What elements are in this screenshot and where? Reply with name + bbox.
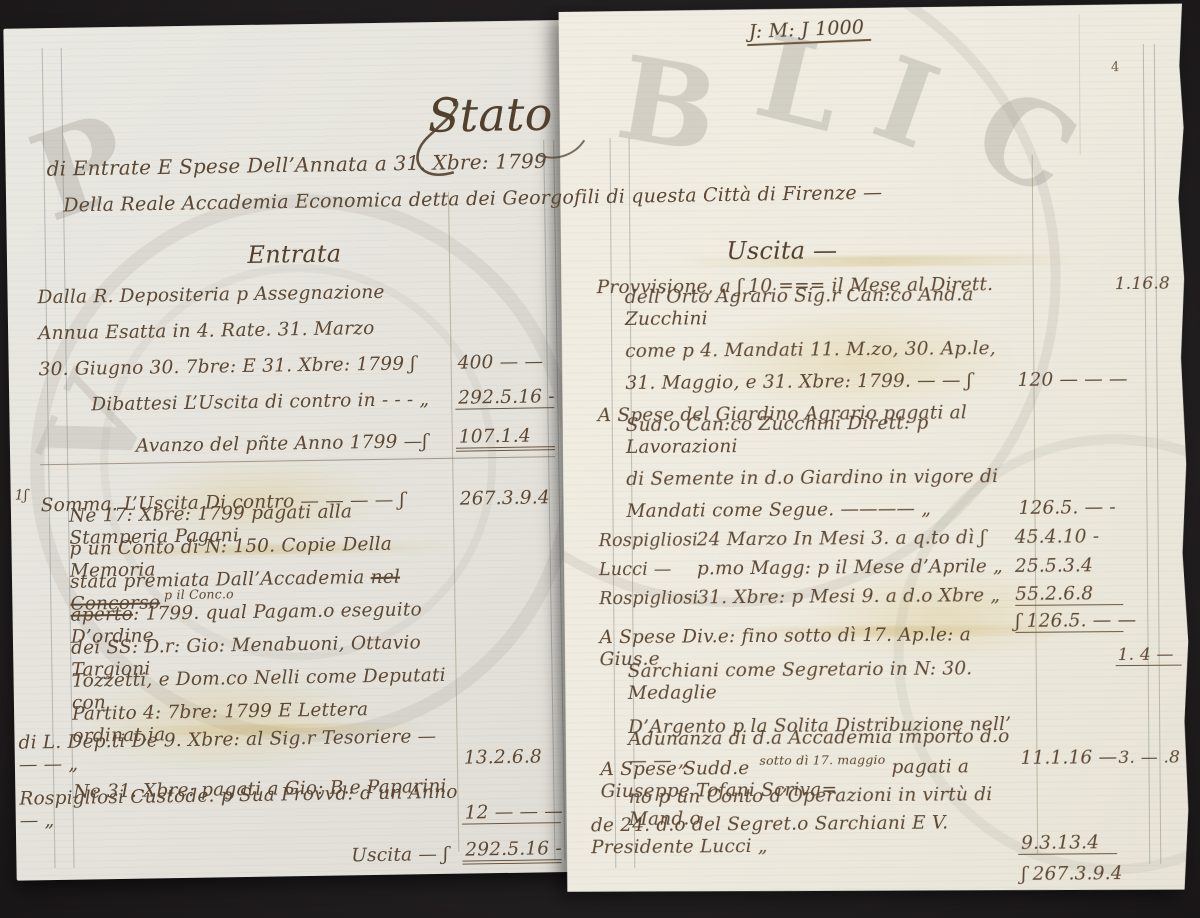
ledger-row: come p 4. Mandati 11. M.zo, 30. Ap.le,: [597, 326, 1179, 363]
entry-amount: 13.2.6.8: [461, 746, 560, 769]
entry-amount: 11.1.16 —: [1017, 747, 1116, 769]
interlinear-note: sotto dì 17. maggio: [759, 752, 885, 768]
entry-amount: 120 — — —: [1014, 369, 1113, 391]
ledger-row: Avanzo del pñte Anno 1799 —ʃ 107.1.4: [39, 408, 555, 458]
right-page: B L I C J: M: J 1000 4 Uscita —: [559, 4, 1192, 895]
total-amount: ʃ 267.3.9.4: [1018, 863, 1141, 885]
entry-amount: 55.2.6.8: [1015, 583, 1123, 606]
ledger-row: dell’Orto Agrario Sig.r Can:co And.a Zuc…: [597, 294, 1179, 331]
ledger-row: Sarchiani come Segretario in N: 30. Meda…: [600, 666, 1182, 705]
entrata-column: Entrata Dalla R. Depositeria p Assegnazi…: [37, 224, 562, 871]
ledger-row: de 24. d.o del Segret.o Sarchiani E V. P…: [601, 826, 1183, 859]
entry-amount: 267.3.9.4: [457, 487, 556, 510]
ledger-row: Sud.o Can:co Zucchini Dirett: p Lavorazi…: [598, 422, 1180, 459]
ledger-row: ʃ 267.3.9.4: [601, 854, 1183, 889]
interlinear-note: p il Conc.o: [164, 586, 234, 602]
entry-text: Rospigliosi Custode. p Sua Provvd: d’un …: [19, 782, 462, 831]
ledger-row: Mandati come Segue. ———— „ 126.5. — -: [598, 486, 1180, 523]
entry-text: 24 Marzo In Mesi 3. a q.to dì ʃ: [697, 527, 1015, 551]
subtotal-amount: ʃ 126.5. — —: [1015, 610, 1123, 633]
outer-amount: 1.16.8: [1113, 274, 1179, 295]
entry-text: Sarchiani come Segretario in N: 30. Meda…: [600, 658, 1017, 704]
column-rule: [1079, 14, 1081, 154]
uscita-heading: Uscita —: [726, 236, 837, 265]
entry-amount: 400 — —: [454, 351, 553, 374]
entry-text-part: A Spese Sudd.e: [600, 758, 755, 780]
entry-amount: 292.5.16 -: [455, 386, 554, 410]
entry-text: Avanzo del pñte Anno 1799 —ʃ: [40, 430, 456, 458]
payee-name: Rospigliosi: [599, 530, 697, 551]
ledger-row: Rospigliosi 31. Xbre: p Mesi 9. a d.o Xb…: [599, 576, 1181, 610]
entry-text: Uscita — ʃ: [46, 843, 462, 871]
entry-amount: 12 — — —: [462, 801, 561, 825]
ledger-row: Uscita — ʃ 292.5.16 -: [46, 823, 562, 871]
left-page: P V Entrata Dalla R. Depositeria p Asseg…: [3, 19, 616, 880]
entry-amount: 292.5.16 -: [462, 838, 561, 865]
entry-text: Sud.o Can:co Zucchini Dirett: p Lavorazi…: [598, 412, 1015, 458]
ledger-row: Lucci — p.mo Magg: p il Mese d’Aprile „ …: [599, 547, 1181, 581]
watermark-letter: B: [609, 30, 727, 179]
entry-text: p.mo Magg: p il Mese d’Aprile „: [697, 556, 1015, 580]
entry-text: 31. Xbre: p Mesi 9. a d.o Xbre „: [697, 585, 1015, 609]
entry-text: de 24. d.o del Segret.o Sarchiani E V. P…: [591, 812, 1018, 858]
right-page-paper: B L I C J: M: J 1000 4 Uscita —: [559, 4, 1192, 895]
entry-amount: 9.3.13.4: [1018, 832, 1117, 855]
payee-name: Rospigliosi: [599, 588, 697, 609]
entry-text: dell’Orto Agrario Sig.r Can:co And.a Zuc…: [597, 284, 1014, 330]
entry-amount: 45.4.10 -: [1015, 526, 1123, 548]
entrata-heading: Entrata: [247, 239, 341, 268]
watermark-letter: I: [858, 31, 954, 176]
ledger-row: Rospigliosi 24 Marzo In Mesi 3. a q.to d…: [599, 518, 1181, 552]
entry-amount: 25.5.3.4: [1015, 555, 1123, 577]
entry-amount: 126.5. — -: [1015, 497, 1114, 519]
page-number: 4: [1111, 60, 1119, 75]
watermark-letter: C: [954, 61, 1098, 223]
outer-amount: 3. — .8: [1116, 748, 1182, 769]
entry-amount: 107.1.4: [456, 425, 555, 452]
uscita-heading-row: Uscita —: [596, 226, 1178, 267]
outer-amount: 1. 4 —: [1116, 645, 1182, 667]
ledger-row: di Semente in d.o Giardino in vigore di: [598, 454, 1180, 491]
desk-background: P V Entrata Dalla R. Depositeria p Asseg…: [0, 0, 1200, 918]
ledger-row: 31. Maggio, e 31. Xbre: 1799. — — ʃ 120 …: [597, 358, 1179, 395]
struck-text: aperto: [70, 604, 133, 626]
entry-text: di L. Dep.ti De 9. Xbre: al Sig.r Tesori…: [18, 726, 461, 775]
margin-mark: 1ʃ: [15, 487, 28, 503]
uscita-column: Uscita — Provvisione, a ʃ 10 === il Mese…: [596, 226, 1183, 889]
entry-text: [601, 885, 1018, 888]
invocation: J: M: J 1000: [746, 16, 871, 46]
watermark-letter: P: [15, 87, 146, 250]
payee-name: Lucci —: [599, 559, 697, 580]
